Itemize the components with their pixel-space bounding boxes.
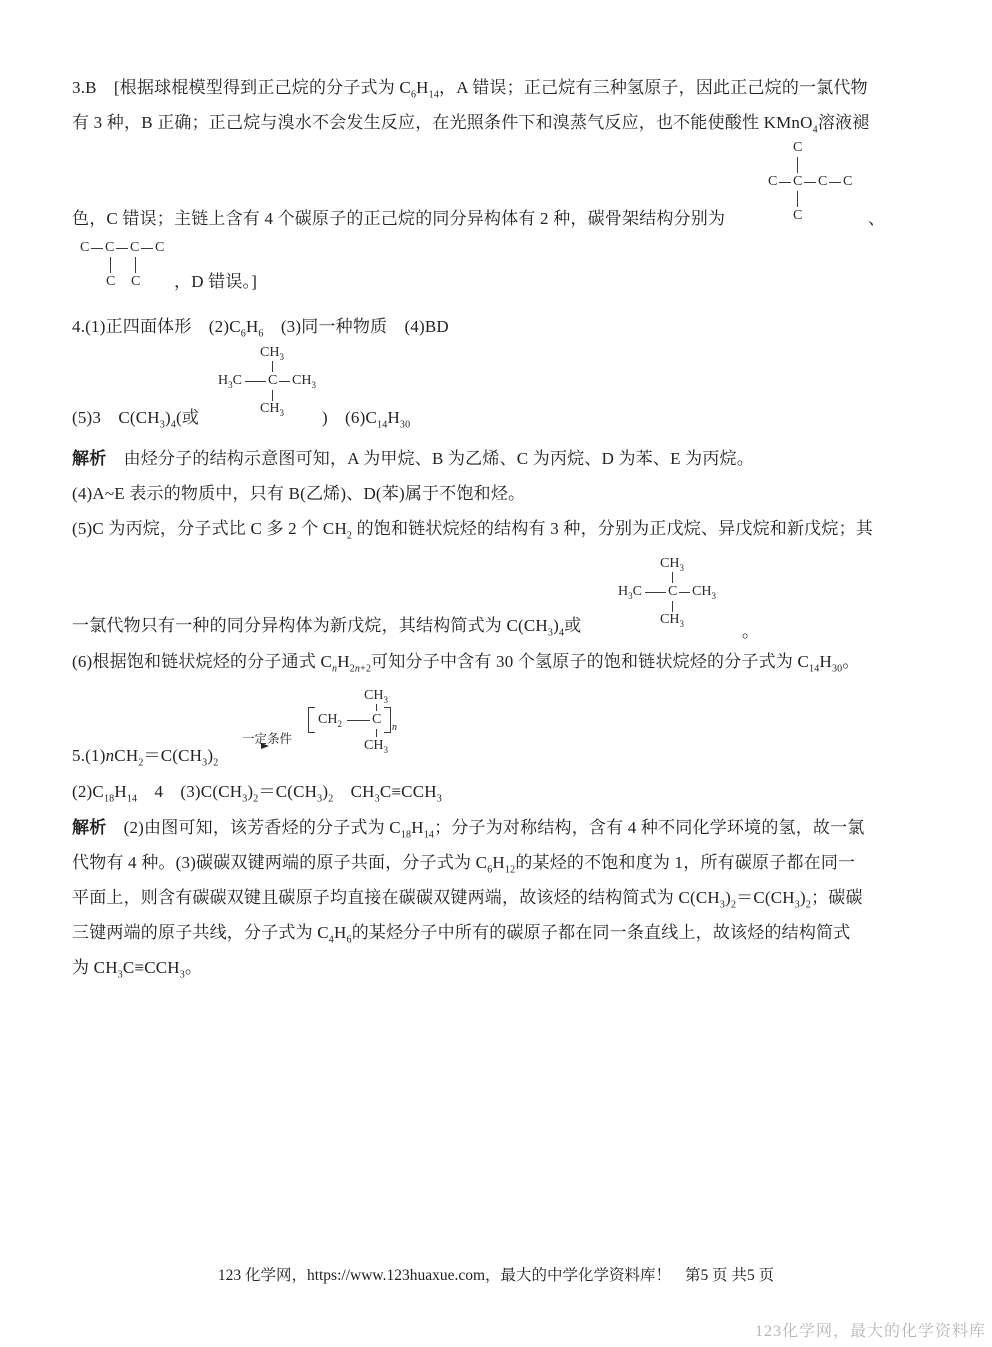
atom-label: H3C: [218, 373, 242, 390]
atom-label: CH3: [260, 401, 284, 418]
text-segment: (3)同一种物质 (4)BD: [264, 317, 449, 336]
text-segment: (2)由图可知，该芳香烃的分子式为 C: [106, 818, 400, 837]
text-segment: 由烃分子的结构示意图可知，A 为甲烷、B 为乙烯、C 为丙烷、D 为苯、E 为丙…: [106, 449, 754, 468]
bond-line: [116, 248, 128, 249]
atom-label: C: [668, 584, 677, 600]
atom-label: CH3: [364, 688, 388, 705]
text-segment: 4 (3)C(CH: [137, 782, 242, 801]
page-footer: 123 化学网，https://www.123huaxue.com，最大的中学化…: [0, 1263, 992, 1285]
bond-line: [779, 182, 791, 183]
atom-label: CH3: [692, 584, 716, 601]
text-segment: 。: [842, 652, 859, 671]
text-segment: 的某烃分子中所有的碳原子都在同一条直线上，故该烃的结构简式: [352, 923, 851, 942]
text-segment: ＝C(CH: [259, 782, 318, 801]
text-segment: 5.(1): [72, 746, 106, 765]
bond-line: [279, 381, 290, 382]
text-segment: H: [218, 373, 228, 388]
reaction-arrow: 一定条件: [226, 732, 308, 747]
solution4-analysis-line5: (6)根据饱和链状烷烃的分子通式 CnH2n+2可知分子中含有 30 个氢原子的…: [72, 650, 860, 674]
text-segment: 代物有 4 种。(3)碳碳双键两端的原子共面，分子式为 C: [72, 853, 487, 872]
atom-label: C: [80, 240, 89, 256]
text-segment: CH: [260, 345, 279, 360]
text-segment: 30: [832, 663, 842, 674]
atom-label: H3C: [618, 584, 642, 601]
text-segment: 30: [400, 419, 410, 430]
text-segment: C: [793, 174, 802, 189]
text-segment: 。: [185, 958, 202, 977]
text-segment: ＝C(CH: [736, 888, 795, 907]
bond-line: [141, 248, 153, 249]
solution4-item5-left: (5)3 C(CH3)4(或: [72, 406, 199, 430]
text-segment: CH: [333, 782, 374, 801]
text-segment: C: [668, 584, 677, 599]
structure-neopentane-2: CH3H3CCCH3CH3: [618, 556, 728, 630]
atom-label: C: [843, 174, 852, 190]
bond-line: [347, 720, 370, 721]
text-segment: +2: [360, 663, 371, 674]
solution5-analysis-line5: 为 CH3C≡CCH3。: [72, 956, 202, 980]
text-segment: C: [105, 240, 114, 255]
bond-line: [829, 182, 841, 183]
text-segment: C: [130, 240, 139, 255]
text-segment: ，A 错误；正己烷有三种氢原子，因此正己烷的一氯代物: [439, 78, 868, 97]
bond-line: [91, 248, 103, 249]
bond-line: [672, 601, 673, 612]
text-segment: (2)C: [72, 782, 104, 801]
solution4-item5-right: ) (6)C14H30: [322, 406, 410, 430]
bond-line: [272, 390, 273, 401]
atom-label: C: [768, 174, 777, 190]
text-segment: CH: [292, 373, 311, 388]
text-segment: 18: [104, 793, 114, 804]
text-segment: C: [268, 373, 277, 388]
text-segment: 2: [337, 719, 342, 729]
text-segment: C: [793, 140, 802, 155]
atom-label: CH3: [364, 738, 388, 755]
bond-line: [645, 592, 666, 593]
atom-label: C: [105, 240, 114, 256]
text-segment: 3: [711, 591, 716, 601]
enumeration-comma: 、: [868, 207, 885, 230]
text-segment: C: [106, 274, 115, 289]
atom-label: C: [268, 373, 277, 389]
text-segment: H: [618, 584, 628, 599]
text-segment: 18: [401, 829, 411, 840]
text-segment: 4.(1)正四面体形 (2)C: [72, 317, 241, 336]
text-segment: CH: [318, 712, 337, 727]
text-segment: C: [80, 240, 89, 255]
text-segment: H: [819, 652, 831, 671]
bond-line: [376, 729, 377, 737]
text-segment: ) (6)C: [322, 408, 377, 427]
solution4-analysis-line3: (5)C 为丙烷，分子式比 C 多 2 个 CH2 的饱和链状烷烃的结构有 3 …: [72, 517, 873, 541]
text-segment: C: [372, 712, 381, 727]
solution4-analysis-line2: (4)A~E 表示的物质中，只有 B(乙烯)、D(苯)属于不饱和烃。: [72, 482, 525, 505]
text-segment: 三键两端的原子共线，分子式为 C: [72, 923, 329, 942]
atom-label: CH3: [292, 373, 316, 390]
text-segment: CH: [260, 401, 279, 416]
text-segment: 的饱和链状烷烃的结构有 3 种，分别为正戊烷、异戊烷和新戊烷；其: [352, 519, 873, 538]
text-segment: 14: [424, 829, 434, 840]
text-segment: 的某烃的不饱和度为 1，所有碳原子都在同一: [515, 853, 855, 872]
text-segment: 色，C 错误；主链上含有 4 个碳原子的正己烷的同分异构体有 2 种，碳骨架结构…: [72, 209, 725, 228]
text-segment: C: [793, 208, 802, 223]
atom-label: C: [793, 174, 802, 190]
atom-label: C: [793, 208, 802, 224]
text-segment: (5)3 C(CH: [72, 408, 160, 427]
solution4-answers: 4.(1)正四面体形 (2)C6H6 (3)同一种物质 (4)BD: [72, 315, 449, 339]
text-segment: 一氯代物只有一种的同分异构体为新戊烷，其结构简式为 C(CH: [72, 616, 548, 635]
solution3-line3: 色，C 错误；主链上含有 4 个碳原子的正己烷的同分异构体有 2 种，碳骨架结构…: [72, 207, 725, 230]
structure-polyisobutylene: CH3CH2CCH3n: [302, 688, 432, 756]
text-segment: CH: [660, 612, 679, 627]
bond-line: [376, 704, 377, 711]
atom-label: C: [155, 240, 164, 256]
solution5-equation-left: 5.(1)nCH2＝C(CH3)2: [72, 744, 218, 768]
text-segment: CH: [660, 556, 679, 571]
text-segment: ；碳碳: [811, 888, 863, 907]
footer-page-indicator: 第5 页 共5 页: [685, 1267, 774, 1284]
text-segment: 可知分子中含有 30 个氢原子的饱和链状烷烃的分子式为 C: [371, 652, 809, 671]
text-segment: 解析: [72, 818, 106, 837]
text-segment: 溶液褪: [818, 113, 870, 132]
solution3-tail: ，D 错误。]: [174, 270, 257, 293]
text-segment: 3.B [根据球棍模型得到正己烷的分子式为 C: [72, 78, 411, 97]
bond-line: [272, 361, 273, 372]
solution5-analysis-line3: 平面上，则含有碳碳双键且碳原子均直接在碳碳双键两端，故该烃的结构简式为 C(CH…: [72, 886, 863, 910]
text-segment: 14: [809, 663, 819, 674]
solution5-answers-line2: (2)C18H14 4 (3)C(CH3)2＝C(CH3)2 CH3C≡CCH3: [72, 780, 442, 804]
bond-line: [679, 592, 690, 593]
structure-2-2-dimethylbutane-skeleton: CCCCCC: [768, 140, 864, 226]
document-page: 3.B [根据球棍模型得到正己烷的分子式为 C6H14，A 错误；正己烷有三种氢…: [0, 0, 992, 1347]
text-segment: ＝C(CH: [144, 746, 203, 765]
solution4-analysis-line4: 一氯代物只有一种的同分异构体为新戊烷，其结构简式为 C(CH3)4或: [72, 614, 581, 638]
polymer-bracket: [384, 707, 391, 733]
text-segment: H: [416, 78, 428, 97]
text-segment: 3: [679, 563, 684, 573]
watermark-text: 123化学网，最大的化学资料库: [755, 1318, 986, 1341]
text-segment: 3: [383, 695, 388, 705]
text-segment: C: [768, 174, 777, 189]
atom-label: C: [130, 240, 139, 256]
text-segment: C: [155, 240, 164, 255]
bond-line: [245, 381, 266, 382]
text-segment: 解析: [72, 449, 106, 468]
text-segment: C: [818, 174, 827, 189]
text-segment: 14: [429, 89, 439, 100]
text-segment: 或: [564, 616, 581, 635]
text-segment: (或: [176, 408, 199, 427]
text-segment: C≡CCH: [123, 958, 180, 977]
text-segment: 12: [505, 864, 515, 875]
text-segment: 14: [377, 419, 387, 430]
text-segment: (6)根据饱和链状烷烃的分子通式 C: [72, 652, 332, 671]
structure-neopentane-1: CH3H3CCCH3CH3: [218, 345, 328, 419]
text-segment: H: [334, 923, 346, 942]
atom-label: C: [106, 274, 115, 290]
polymer-bracket: [308, 707, 315, 733]
text-segment: H: [246, 317, 258, 336]
atom-label: CH3: [260, 345, 284, 362]
text-segment: 3: [437, 793, 442, 804]
text-segment: C: [843, 174, 852, 189]
polymer-degree-subscript: n: [392, 722, 397, 733]
period-mark: 。: [742, 620, 759, 643]
solution3-line2: 有 3 种，B 正确；正己烷与溴水不会发生反应，在光照条件下和溴蒸气反应，也不能…: [72, 111, 869, 135]
text-segment: 有 3 种，B 正确；正己烷与溴水不会发生反应，在光照条件下和溴蒸气反应，也不能…: [72, 113, 813, 132]
text-segment: CH: [114, 746, 138, 765]
atom-label: CH3: [660, 556, 684, 573]
atom-label: C: [372, 712, 381, 728]
bond-line: [797, 157, 798, 173]
text-segment: CH: [364, 738, 383, 753]
text-segment: H: [387, 408, 399, 427]
text-segment: (5)C 为丙烷，分子式比 C 多 2 个 CH: [72, 519, 347, 538]
structure-2-3-dimethylbutane-skeleton: CCCCCC: [80, 240, 176, 292]
text-segment: C: [131, 274, 140, 289]
bond-line: [110, 257, 111, 273]
atom-label: C: [793, 140, 802, 156]
text-segment: H: [337, 652, 349, 671]
text-segment: C≡CCH: [380, 782, 437, 801]
bond-line: [804, 182, 816, 183]
atom-label: CH3: [660, 612, 684, 629]
text-segment: 14: [127, 793, 137, 804]
footer-site-info: 123 化学网，https://www.123huaxue.com，最大的中学化…: [218, 1267, 671, 1284]
text-segment: ；分子为对称结构，含有 4 种不同化学环境的氢，故一氯: [434, 818, 864, 837]
solution5-analysis-line2: 代物有 4 种。(3)碳碳双键两端的原子共面，分子式为 C6H12的某烃的不饱和…: [72, 851, 855, 875]
solution4-analysis-line1: 解析 由烃分子的结构示意图可知，A 为甲烷、B 为乙烯、C 为丙烷、D 为苯、E…: [72, 447, 754, 470]
text-segment: 平面上，则含有碳碳双键且碳原子均直接在碳碳双键两端，故该烃的结构简式为 C(CH: [72, 888, 720, 907]
text-segment: CH: [364, 688, 383, 703]
solution5-analysis-line1: 解析 (2)由图可知，该芳香烃的分子式为 C18H14；分子为对称结构，含有 4…: [72, 816, 865, 840]
text-segment: n: [106, 746, 115, 765]
text-segment: C: [233, 373, 242, 388]
solution5-analysis-line4: 三键两端的原子共线，分子式为 C4H6的某烃分子中所有的碳原子都在同一条直线上，…: [72, 921, 851, 945]
text-segment: C: [633, 584, 642, 599]
text-segment: 3: [311, 380, 316, 390]
atom-label: C: [131, 274, 140, 290]
text-segment: H: [411, 818, 423, 837]
text-segment: 3: [383, 745, 388, 755]
text-segment: 3: [279, 352, 284, 362]
bond-line: [797, 191, 798, 207]
bond-line: [135, 257, 136, 273]
atom-label: CH2: [318, 712, 342, 729]
atom-label: C: [818, 174, 827, 190]
text-segment: H: [492, 853, 504, 872]
text-segment: 为 CH: [72, 958, 118, 977]
text-segment: 3: [679, 619, 684, 629]
text-segment: 2: [213, 757, 218, 768]
text-segment: 3: [279, 408, 284, 418]
text-segment: (4)A~E 表示的物质中，只有 B(乙烯)、D(苯)属于不饱和烃。: [72, 484, 525, 503]
solution3-line1: 3.B [根据球棍模型得到正己烷的分子式为 C6H14，A 错误；正己烷有三种氢…: [72, 76, 868, 100]
text-segment: CH: [692, 584, 711, 599]
text-segment: H: [114, 782, 126, 801]
bond-line: [672, 572, 673, 583]
